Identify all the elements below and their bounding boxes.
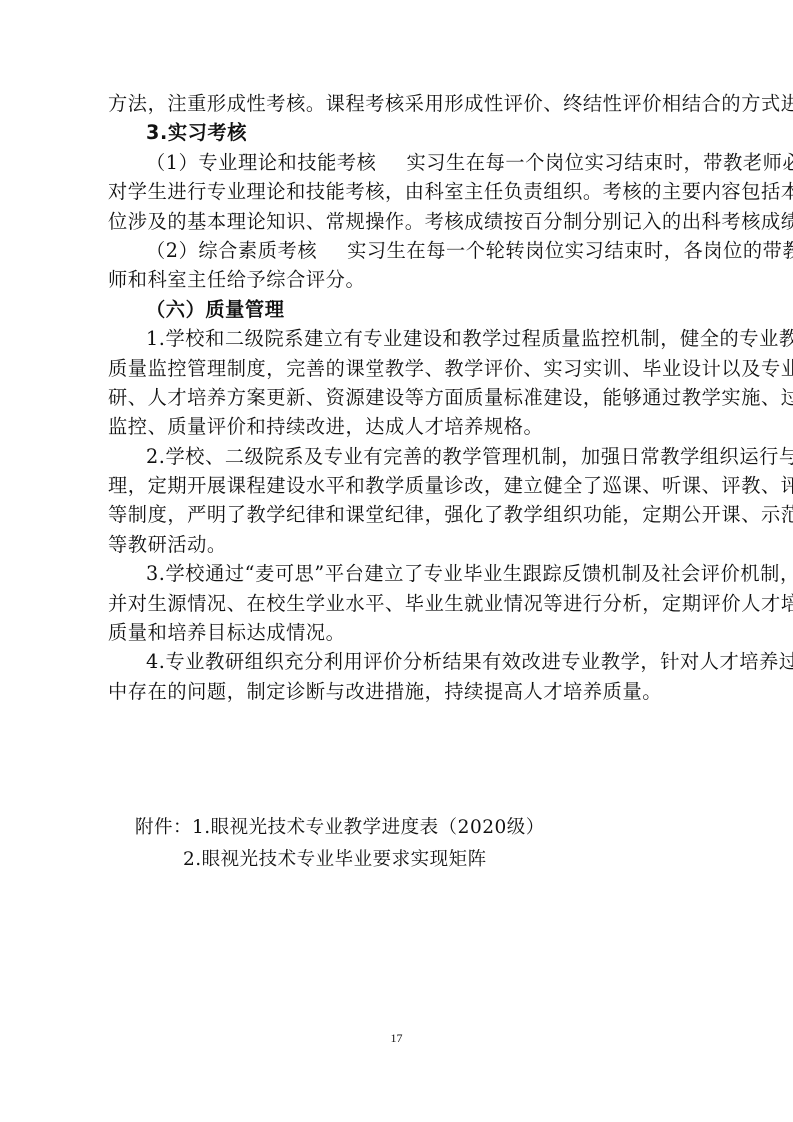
paragraph-line: 1.学校和二级院系建立有专业建设和教学过程质量监控机制，健全的专业教学 (108, 324, 690, 353)
item1-label: （1）专业理论和技能考核 (146, 151, 376, 174)
item1-first-line: （1）专业理论和技能考核实习生在每一个岗位实习结束时，带教老师必须 (108, 148, 690, 177)
attachment-line-1: 附件：1.眼视光技术专业教学进度表（2020级） (135, 812, 545, 844)
paragraph-continuation: 方法，注重形成性考核。课程考核采用形成性评价、终结性评价相结合的方式进行。 (108, 89, 690, 118)
item1-text: 实习生在每一个岗位实习结束时，带教老师必须 (406, 151, 793, 174)
item1-line: 对学生进行专业理论和技能考核，由科室主任负责组织。考核的主要内容包括本岗 (108, 177, 690, 206)
paragraph-line: 质量和培养目标达成情况。 (108, 618, 690, 647)
attachment-item: 2.眼视光技术专业毕业要求实现矩阵 (135, 844, 545, 876)
paragraph-line: 监控、质量评价和持续改进，达成人才培养规格。 (108, 412, 690, 441)
item2-text: 实习生在每一个轮转岗位实习结束时，各岗位的带教教 (347, 239, 793, 262)
paragraph-line: 中存在的问题，制定诊断与改进措施，持续提高人才培养质量。 (108, 677, 690, 706)
paragraph-line: 研、人才培养方案更新、资源建设等方面质量标准建设，能够通过教学实施、过程 (108, 383, 690, 412)
paragraph-line: 等制度，严明了教学纪律和课堂纪律，强化了教学组织功能，定期公开课、示范课 (108, 500, 690, 529)
attachments: 附件：1.眼视光技术专业教学进度表（2020级） 2.眼视光技术专业毕业要求实现… (135, 812, 545, 876)
section-heading-internship-assessment: 3.实习考核 (108, 118, 690, 147)
paragraph-line: 等教研活动。 (108, 530, 690, 559)
item2-first-line: （2）综合素质考核实习生在每一个轮转岗位实习结束时，各岗位的带教教 (108, 236, 690, 265)
document-body: 方法，注重形成性考核。课程考核采用形成性评价、终结性评价相结合的方式进行。 3.… (108, 89, 690, 706)
page-number: 17 (0, 1031, 793, 1046)
attachments-label: 附件： (135, 817, 192, 838)
attachment-item: 1.眼视光技术专业教学进度表（2020级） (192, 817, 545, 838)
section-heading-quality-management: （六）质量管理 (108, 295, 690, 324)
paragraph-line: 3.学校通过“麦可思”平台建立了专业毕业生跟踪反馈机制及社会评价机制， (108, 559, 690, 588)
item2-line: 师和科室主任给予综合评分。 (108, 265, 690, 294)
item2-label: （2）综合素质考核 (146, 239, 317, 262)
paragraph-line: 2.学校、二级院系及专业有完善的教学管理机制，加强日常教学组织运行与管 (108, 442, 690, 471)
paragraph-line: 质量监控管理制度，完善的课堂教学、教学评价、实习实训、毕业设计以及专业调 (108, 354, 690, 383)
document-page: 方法，注重形成性考核。课程考核采用形成性评价、终结性评价相结合的方式进行。 3.… (0, 0, 793, 1122)
item1-line: 位涉及的基本理论知识、常规操作。考核成绩按百分制分别记入的出科考核成绩。 (108, 207, 690, 236)
paragraph-line: 理，定期开展课程建设水平和教学质量诊改，建立健全了巡课、听课、评教、评学 (108, 471, 690, 500)
paragraph-line: 并对生源情况、在校生学业水平、毕业生就业情况等进行分析，定期评价人才培养 (108, 589, 690, 618)
paragraph-line: 4.专业教研组织充分利用评价分析结果有效改进专业教学，针对人才培养过程 (108, 647, 690, 676)
